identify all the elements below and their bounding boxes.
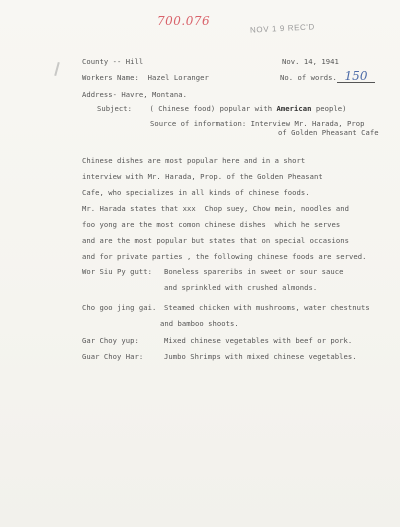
words-count-value: 150 bbox=[337, 70, 375, 83]
source-line-1: Source of information: Interview Mr. Har… bbox=[150, 119, 364, 128]
source-line-2: of Golden Pheasant Cafe bbox=[278, 128, 379, 137]
address-line: Address- Havre, Montana. bbox=[82, 90, 187, 99]
county-line: County -- Hill bbox=[82, 57, 143, 66]
subject-text-bold: American bbox=[277, 104, 312, 113]
dish-name: Wor Siu Py gutt: bbox=[82, 267, 152, 276]
margin-pencil-mark bbox=[54, 62, 60, 76]
workers-name-line: Workers Name: Hazel Loranger bbox=[82, 73, 209, 82]
document-page: 700.076 NOV 1 9 REC'D County -- Hill Nov… bbox=[0, 0, 400, 527]
paragraph-line: and for private parties , the following … bbox=[82, 252, 367, 261]
received-stamp: NOV 1 9 REC'D bbox=[250, 22, 315, 34]
paragraph-line: Chinese dishes are most popular here and… bbox=[82, 156, 305, 165]
paragraph-line: Cafe, who specializes in all kinds of ch… bbox=[82, 188, 310, 197]
date-line: Nov. 14, 1941 bbox=[282, 57, 339, 66]
dish-name: Gar Choy yup: bbox=[82, 336, 139, 345]
dish-name: Cho goo jing gai. bbox=[82, 303, 156, 312]
dish-description: and bamboo shoots. bbox=[160, 319, 239, 328]
paragraph-line: Mr. Harada states that xxx Chop suey, Ch… bbox=[82, 204, 349, 213]
paragraph-line: interview with Mr. Harada, Prop. of the … bbox=[82, 172, 323, 181]
catalog-number-annotation: 700.076 bbox=[157, 14, 210, 28]
paragraph-line: and are the most popular but states that… bbox=[82, 236, 349, 245]
dish-description: Steamed chicken with mushrooms, water ch… bbox=[164, 303, 370, 312]
dish-name: Guar Choy Har: bbox=[82, 352, 143, 361]
subject-line: Subject: ( Chinese food) popular with Am… bbox=[97, 104, 347, 113]
dish-description: Boneless spareribs in sweet or sour sauc… bbox=[164, 267, 343, 276]
dish-description: and sprinkled with crushed almonds. bbox=[164, 283, 317, 292]
subject-text-pre: ( Chinese food) popular with bbox=[150, 104, 277, 113]
dish-description: Mixed chinese vegetables with beef or po… bbox=[164, 336, 352, 345]
subject-text-post: people) bbox=[312, 104, 347, 113]
subject-label: Subject: bbox=[97, 104, 132, 113]
words-label: No. of words. bbox=[280, 73, 337, 82]
paragraph-line: foo yong are the most comon chinese dish… bbox=[82, 220, 340, 229]
dish-description: Jumbo Shrimps with mixed chinese vegetab… bbox=[164, 352, 357, 361]
